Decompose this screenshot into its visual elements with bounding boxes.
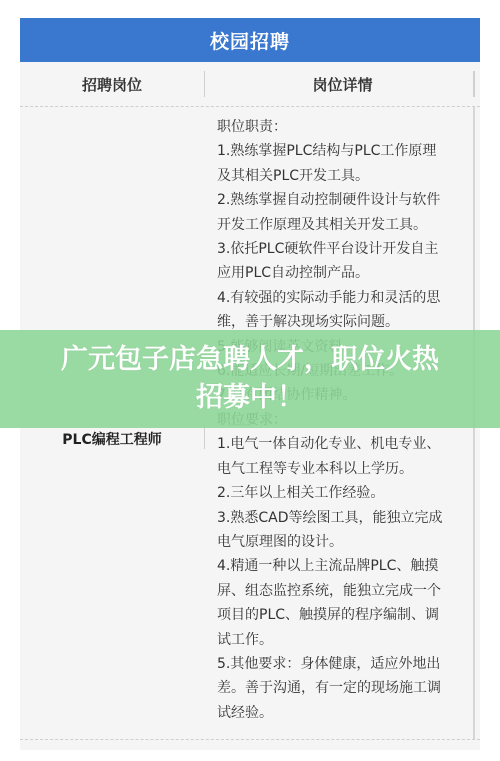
table-title: 校园招聘	[20, 18, 480, 62]
detail-line: 5.其他要求：身体健康，适应外地出	[217, 652, 463, 676]
detail-line: 4.精通一种以上主流品牌PLC、触摸	[217, 554, 463, 578]
detail-line: 1.熟练掌握PLC结构与PLC工作原理	[217, 139, 463, 163]
detail-line: 1.电气一体自动化专业、机电专业、	[217, 432, 463, 456]
detail-line: 开发工作原理及其相关开发工具。	[217, 213, 463, 237]
detail-line: 3.依托PLC硬软件平台设计开发自主	[217, 237, 463, 261]
detail-line: 屏、组态监控系统，能独立完成一个	[217, 579, 463, 603]
header-details: 岗位详情	[205, 62, 480, 106]
table-header-row: 招聘岗位 岗位详情	[20, 62, 480, 107]
detail-line: 4.有较强的实际动手能力和灵活的思	[217, 286, 463, 310]
headline-banner: 广元包子店急聘人才，职位火热招募中！	[0, 330, 500, 428]
detail-line: 3.熟悉CAD等绘图工具，能独立完成	[217, 506, 463, 530]
detail-line: 电气原理图的设计。	[217, 530, 463, 554]
detail-line: 及其相关PLC开发工具。	[217, 164, 463, 188]
detail-line: 项目的PLC、触摸屏的程序编制、调	[217, 603, 463, 627]
column-divider-end	[473, 71, 475, 97]
detail-line: 2.三年以上相关工作经验。	[217, 481, 463, 505]
detail-line: 差。善于沟通，有一定的现场施工调	[217, 676, 463, 700]
header-position: 招聘岗位	[20, 62, 204, 106]
detail-line: 试工作。	[217, 628, 463, 652]
headline-text: 广元包子店急聘人才，职位火热招募中！	[50, 341, 450, 417]
detail-line: 电气工程等专业本科以上学历。	[217, 457, 463, 481]
detail-line: 应用PLC自动控制产品。	[217, 261, 463, 285]
detail-line: 2.熟练掌握自动控制硬件设计与软件	[217, 188, 463, 212]
detail-line: 职位职责：	[217, 115, 463, 139]
detail-line: 试经验。	[217, 701, 463, 725]
